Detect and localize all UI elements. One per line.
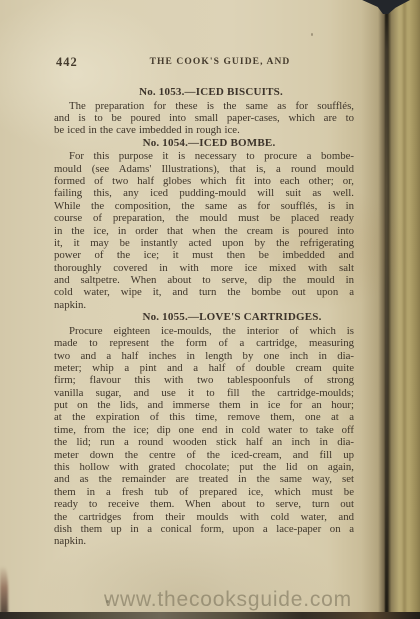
text-line: be iced in the cave imbedded in rough ic… [54,124,354,136]
text-line: failing this, any iced pudding-mould wil… [54,187,354,199]
paper-speck [311,33,313,36]
text-line: firm; flavour this with two tablespoonfu… [54,374,354,386]
page-content: 442 THE COOK'S GUIDE, AND No. 1053.—ICED… [54,55,354,548]
text-line: Procure eighteen ice-moulds, the interio… [54,325,354,337]
text-line: this hollow with grated chocolate; put t… [54,461,354,473]
photo-bottom-edge [0,612,420,619]
scanned-book-page-photo: 442 THE COOK'S GUIDE, AND No. 1053.—ICED… [0,0,420,619]
sections: No. 1053.—ICED BISCUITS.The preparation … [54,86,354,548]
text-line: napkin. [54,535,354,547]
text-line: power of the ice; it must then be imbedd… [54,249,354,261]
text-line: the cartridges from their moulds with co… [54,511,354,523]
text-line: put on the lids, and immerse them in ice… [54,399,354,411]
text-line: The preparation for these is the same as… [54,100,354,112]
text-line: and saltpetre. When about to serve, dip … [54,274,354,286]
text-line: mould (see Adams' Illustrations), that i… [54,163,354,175]
text-line: For this purpose it is necessary to proc… [54,150,354,162]
text-line: dish them up in a conical form, upon a l… [54,523,354,535]
recipe-section: No. 1055.—LOVE'S CARTRIDGES.Procure eigh… [54,311,354,548]
masthead: 442 THE COOK'S GUIDE, AND [54,55,354,86]
text-line: formed of two half globes which fit into… [54,175,354,187]
text-line: the lid; run a round wooden stick half a… [54,436,354,448]
recipe-section: No. 1054.—ICED BOMBE.For this purpose it… [54,137,354,312]
running-header: THE COOK'S GUIDE, AND [70,57,370,67]
text-line: time, from the ice; dip one end in cold … [54,424,354,436]
section-heading: No. 1053.—ICED BISCUITS. [61,86,361,99]
text-line: made to represent the form of a cartridg… [54,337,354,349]
adjacent-page-edge [403,0,406,619]
text-line: them in a fresh tub of prepared ice, whi… [54,486,354,498]
recipe-section: No. 1053.—ICED BISCUITS.The preparation … [54,86,354,137]
text-line: meter down the centre of the iced-cream,… [54,449,354,461]
text-line: two and a half inches in length by one i… [54,350,354,362]
section-heading: No. 1055.—LOVE'S CARTRIDGES. [82,311,382,324]
text-line: at the expiration of this time, remove t… [54,411,354,423]
text-line: and is to be poured into small paper-cas… [54,112,354,124]
photo-corner-smudge [0,566,8,614]
section-heading: No. 1054.—ICED BOMBE. [59,137,359,150]
text-line: napkin. [54,299,354,311]
text-line: meter; whip a pint and a half of double … [54,362,354,374]
text-line: in the ice, in order that when the cream… [54,225,354,237]
text-line: cold water, wipe it, and turn the bombe … [54,286,354,298]
book-gutter-shadow [385,0,388,619]
text-line: thoroughly covered in with more ice mixe… [54,262,354,274]
text-line: and as the remainder are treated in the … [54,473,354,485]
text-line: course of preparation, the mould must be… [54,212,354,224]
text-line: While the composition, the same as for s… [54,200,354,212]
text-line: vanilla sugar, and use it to fill the ca… [54,387,354,399]
text-line: it, it may be instantly acted upon by th… [54,237,354,249]
text-line: ready to receive them. When about to ser… [54,498,354,510]
watermark: www.thecooksguide.com [18,588,420,612]
